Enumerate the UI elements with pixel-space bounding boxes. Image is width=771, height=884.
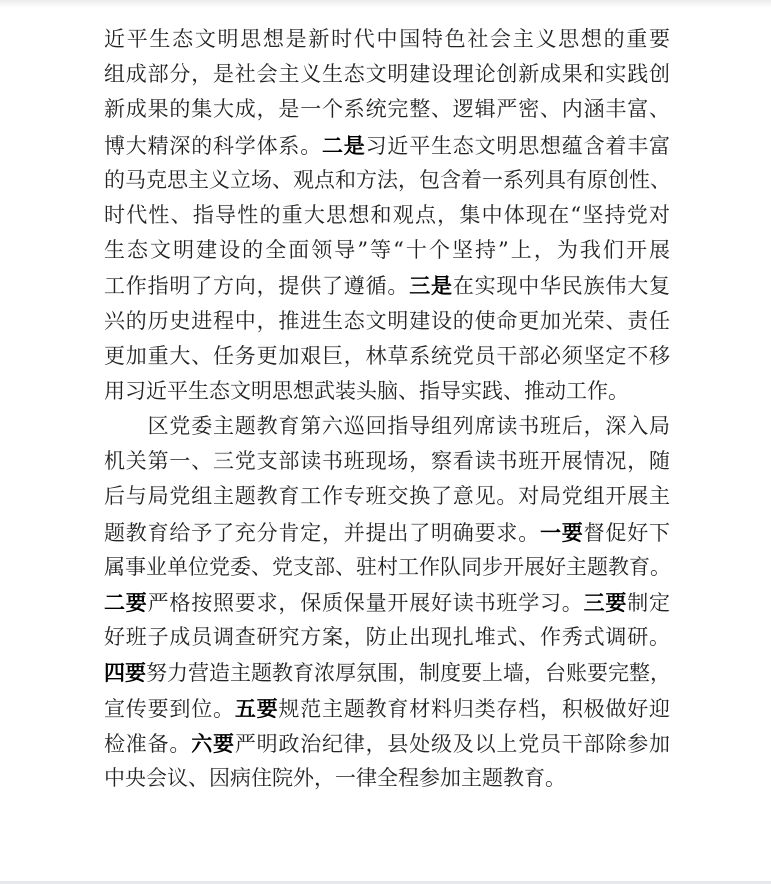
text-segment: 后与局党组主题教育工作专班交换了意见。对局党组开展主	[104, 484, 670, 508]
bold-keyword: 五要	[235, 696, 279, 721]
text-line: 用习近平生态文明思想武装头脑、指导实践、推动工作。	[104, 374, 670, 409]
text-line: 好班子成员调查研究方案，防止出现扎堆式、作秀式调研。	[104, 620, 670, 655]
text-line: 的马克思主义立场、观点和方法，包含着一系列具有原创性、	[104, 163, 670, 198]
text-segment: 时代性、指导性的重大思想和观点，集中体现在“坚持党对	[104, 203, 670, 227]
text-segment: 机关第一、三党支部读书班现场，察看读书班开展情况，随	[104, 449, 670, 473]
text-line: 机关第一、三党支部读书班现场，察看读书班开展情况，随	[104, 444, 670, 479]
text-line: 更加重大、任务更加艰巨，林草系统党员干部必须坚定不移	[104, 339, 670, 374]
bold-keyword: 六要	[191, 731, 235, 756]
text-line: 博大精深的科学体系。二是习近平生态文明思想蕴含着丰富	[104, 128, 670, 163]
text-line: 工作指明了方向，提供了遵循。三是在实现中华民族伟大复	[104, 268, 670, 303]
text-segment: 在实现中华民族伟大复	[453, 274, 670, 298]
text-segment: 制定	[627, 591, 670, 615]
text-segment: 区党委主题教育第六巡回指导组列席读书班后，深入局	[104, 414, 670, 438]
bold-keyword: 二是	[322, 133, 366, 158]
document-page: 近平生态文明思想是新时代中国特色社会主义思想的重要组成部分，是社会主义生态文明建…	[104, 22, 670, 796]
text-segment: 规范主题教育材料归类存档，积极做好迎	[278, 697, 670, 721]
text-line: 兴的历史进程中，推进生态文明建设的使命更加光荣、责任	[104, 304, 670, 339]
bold-keyword: 三要	[584, 590, 628, 615]
text-segment: 严明政治纪律，县处级及以上党员干部除参加	[235, 732, 670, 756]
text-segment: 宣传要到位。	[104, 697, 235, 721]
text-line: 属事业单位党委、党支部、驻村工作队同步开展好主题教育。	[104, 550, 670, 585]
text-segment: 题教育给予了充分肯定，并提出了明确要求。	[104, 521, 540, 545]
text-segment: 好班子成员调查研究方案，防止出现扎堆式、作秀式调研。	[104, 625, 670, 649]
text-segment: 督促好下	[584, 521, 670, 545]
text-segment: 兴的历史进程中，推进生态文明建设的使命更加光荣、责任	[104, 309, 670, 333]
text-segment: 中央会议、因病住院外，一律全程参加主题教育。	[104, 766, 566, 790]
bold-keyword: 二要	[104, 590, 148, 615]
text-line: 时代性、指导性的重大思想和观点，集中体现在“坚持党对	[104, 198, 670, 233]
text-segment: 努力营造主题教育浓厚氛围，制度要上墙，台账要完整，	[146, 661, 671, 685]
text-segment: 严格按照要求，保质保量开展好读书班学习。	[148, 591, 584, 615]
text-line: 题教育给予了充分肯定，并提出了明确要求。一要督促好下	[104, 515, 670, 550]
text-line: 检准备。六要严明政治纪律，县处级及以上党员干部除参加	[104, 726, 670, 761]
text-line: 二要严格按照要求，保质保量开展好读书班学习。三要制定	[104, 585, 670, 620]
bold-keyword: 三是	[409, 273, 453, 298]
text-segment: 博大精深的科学体系。	[104, 134, 322, 158]
text-segment: 习近平生态文明思想蕴含着丰富	[366, 134, 670, 158]
text-line: 四要努力营造主题教育浓厚氛围，制度要上墙，台账要完整，	[104, 655, 670, 690]
text-segment: 新成果的集大成，是一个系统完整、逻辑严密、内涵丰富、	[104, 97, 670, 121]
text-segment: 属事业单位党委、党支部、驻村工作队同步开展好主题教育。	[104, 555, 671, 579]
text-segment: 检准备。	[104, 732, 191, 756]
text-line: 生态文明建设的全面领导”等“十个坚持”上，为我们开展	[104, 233, 670, 268]
text-segment: 更加重大、任务更加艰巨，林草系统党员干部必须坚定不移	[104, 344, 670, 368]
text-line: 后与局党组主题教育工作专班交换了意见。对局党组开展主	[104, 479, 670, 514]
text-segment: 用习近平生态文明思想武装头脑、指导实践、推动工作。	[104, 379, 629, 403]
text-line: 组成部分，是社会主义生态文明建设理论创新成果和实践创	[104, 57, 670, 92]
text-line: 新成果的集大成，是一个系统完整、逻辑严密、内涵丰富、	[104, 92, 670, 127]
top-shadow	[0, 0, 771, 8]
text-segment: 工作指明了方向，提供了遵循。	[104, 274, 409, 298]
text-segment: 生态文明建设的全面领导”等“十个坚持”上，为我们开展	[104, 238, 670, 262]
text-segment: 的马克思主义立场、观点和方法，包含着一系列具有原创性、	[104, 168, 671, 192]
text-segment: 组成部分，是社会主义生态文明建设理论创新成果和实践创	[104, 62, 670, 86]
text-segment: 近平生态文明思想是新时代中国特色社会主义思想的重要	[104, 27, 670, 51]
text-line: 宣传要到位。五要规范主题教育材料归类存档，积极做好迎	[104, 691, 670, 726]
bold-keyword: 一要	[540, 520, 584, 545]
bold-keyword: 四要	[104, 660, 146, 685]
text-line: 中央会议、因病住院外，一律全程参加主题教育。	[104, 761, 670, 796]
text-line: 近平生态文明思想是新时代中国特色社会主义思想的重要	[104, 22, 670, 57]
text-line: 区党委主题教育第六巡回指导组列席读书班后，深入局	[104, 409, 670, 444]
